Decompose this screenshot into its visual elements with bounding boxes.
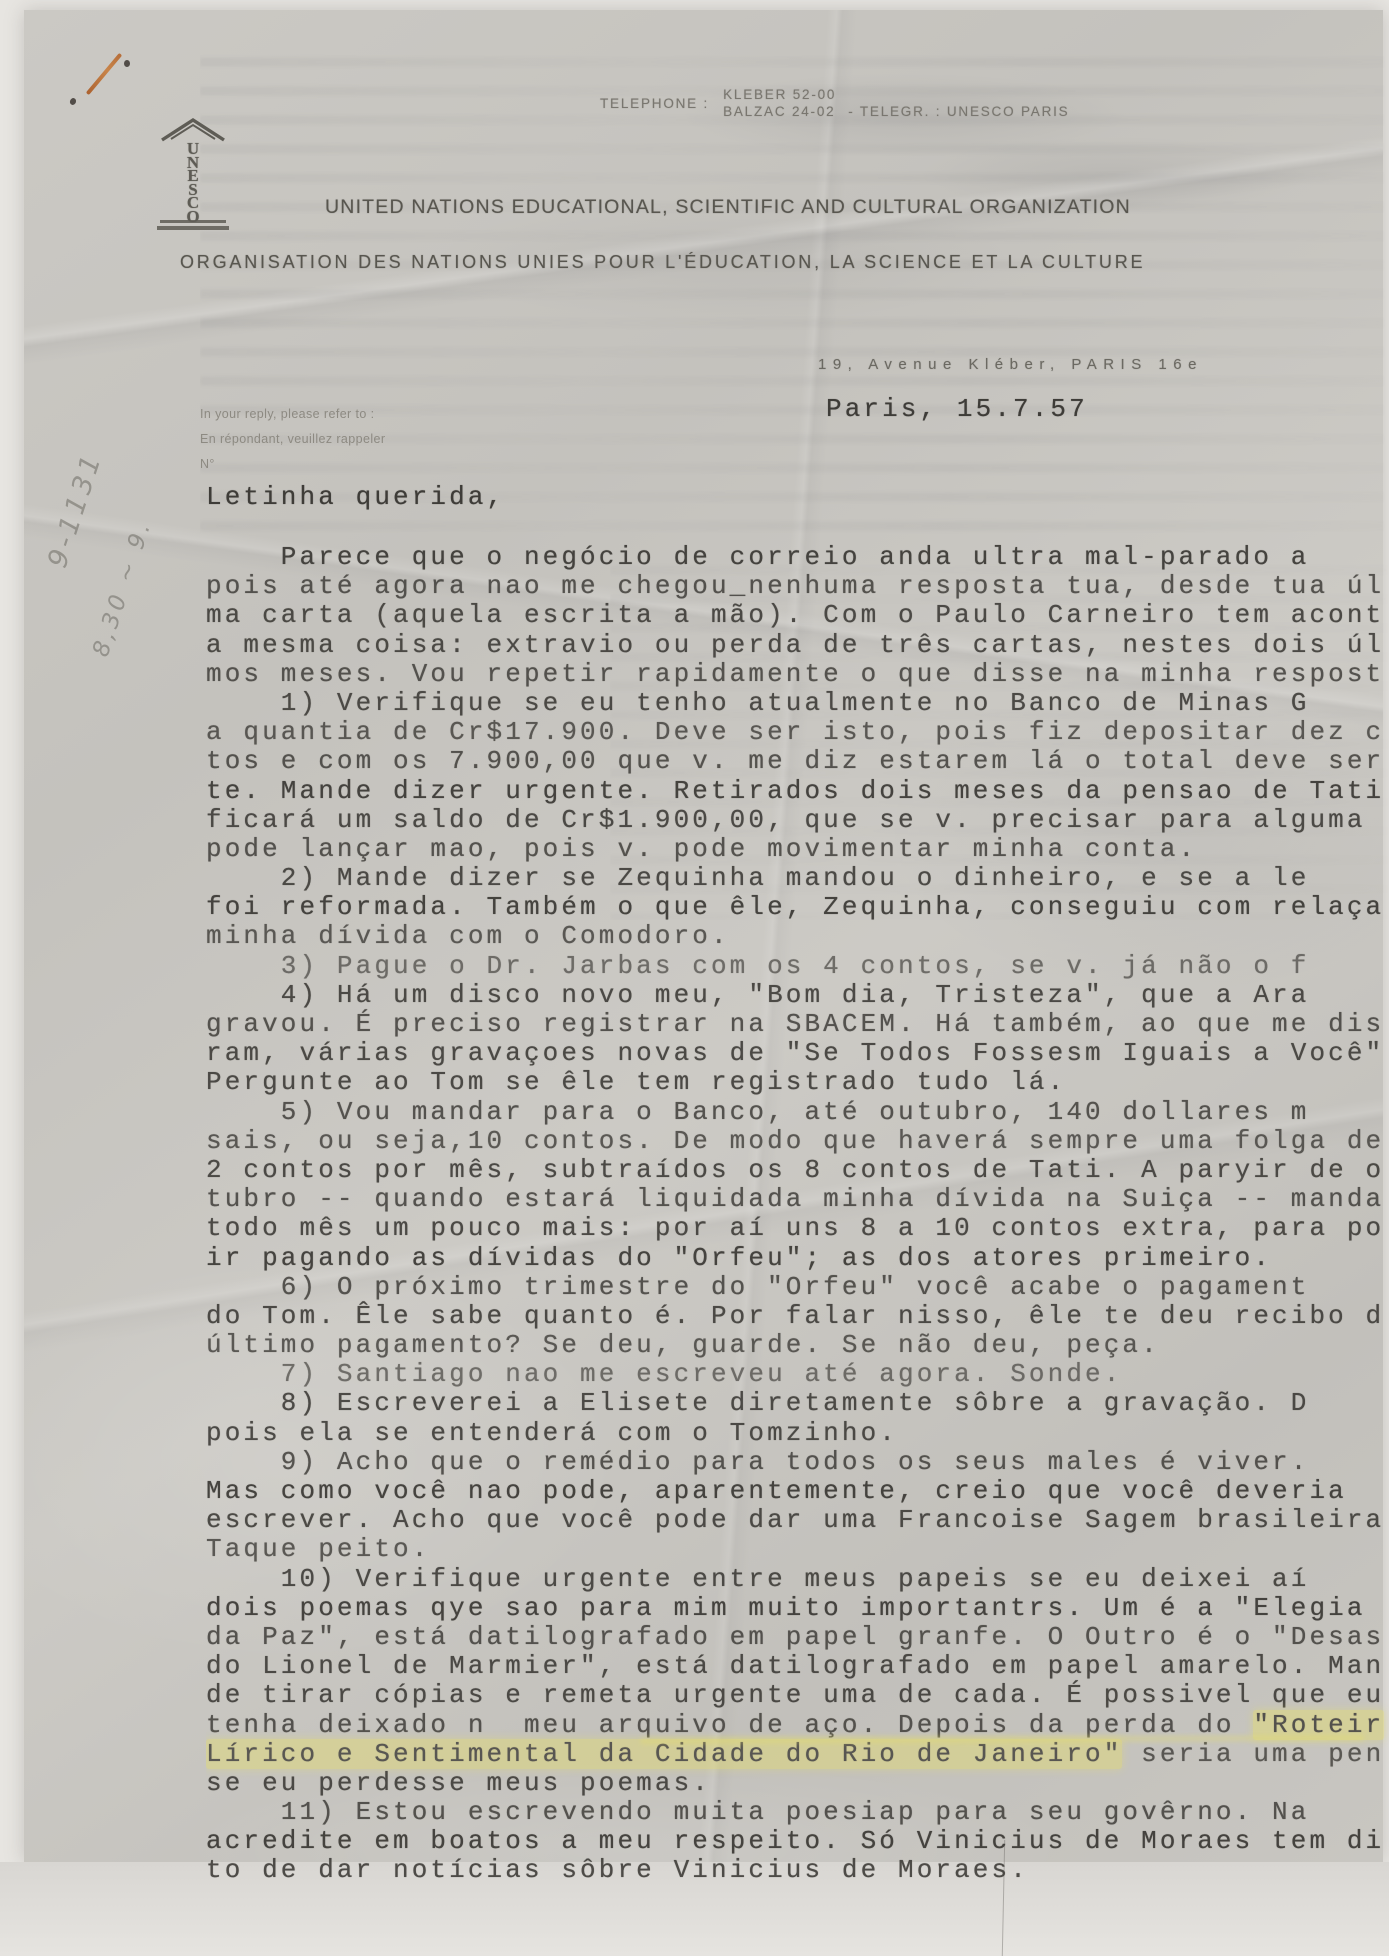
typed-text: 7) Santiago nao me escreveu até agora. S… xyxy=(206,1359,1122,1389)
reply-note-en: In your reply, please refer to : xyxy=(200,402,385,427)
letter-line: Pergunte ao Tom se êle tem registrado tu… xyxy=(206,1068,1389,1097)
typed-text: pois até agora nao me chegou_nenhuma res… xyxy=(206,571,1384,601)
typed-text: a quantia de Cr$17.900. Deve ser isto, p… xyxy=(206,717,1384,747)
letter-line: Mas como você nao pode, aparentemente, c… xyxy=(206,1477,1389,1506)
letter-line: foi reformada. Também o que êle, Zequinh… xyxy=(206,893,1389,922)
typed-text: 8) Escreverei a Elisete diretamente sôbr… xyxy=(206,1388,1309,1418)
reply-number-label: N° xyxy=(200,452,385,477)
typed-text: Parece que o negócio de correio anda ult… xyxy=(206,543,1309,572)
salutation: Letinha querida, xyxy=(206,482,505,512)
typed-text: 4) Há um disco novo meu, "Bom dia, Trist… xyxy=(206,980,1309,1010)
letter-line: ma carta (aquela escrita a mão). Com o P… xyxy=(206,601,1389,630)
typed-text: 10) Verifique urgente entre meus papeis … xyxy=(206,1564,1309,1594)
letter-line: 5) Vou mandar para o Banco, até outubro,… xyxy=(206,1098,1389,1127)
unesco-logo: UNESCO xyxy=(160,116,226,232)
letter-line: tubro -- quando estará liquidada minha d… xyxy=(206,1185,1389,1214)
typed-text: foi reformada. Também o que êle, Zequinh… xyxy=(206,892,1384,922)
letter-line: 11) Estou escrevendo muita poesiap para … xyxy=(206,1798,1389,1827)
letter-line: 2) Mande dizer se Zequinha mandou o dinh… xyxy=(206,864,1389,893)
letter-line: pois até agora nao me chegou_nenhuma res… xyxy=(206,572,1389,601)
letter-line: todo mês um pouco mais: por aí uns 8 a 1… xyxy=(206,1214,1389,1243)
letter-line: ir pagando as dívidas do "Orfeu"; as dos… xyxy=(206,1244,1389,1273)
letter-body: Parece que o negócio de correio anda ult… xyxy=(206,543,1389,1886)
typed-text: último pagamento? Se deu, guarde. Se não… xyxy=(206,1330,1160,1360)
typed-text: de tirar cópias e remeta urgente uma de … xyxy=(206,1680,1384,1710)
letter-line: último pagamento? Se deu, guarde. Se não… xyxy=(206,1331,1389,1360)
letter-line: to de dar notícias sôbre Vinicius de Mor… xyxy=(206,1856,1389,1885)
typed-text: ir pagando as dívidas do "Orfeu"; as dos… xyxy=(206,1243,1272,1273)
typed-text: mos meses. Vou repetir rapidamente o que… xyxy=(206,659,1384,689)
typed-text: tubro -- quando estará liquidada minha d… xyxy=(206,1184,1384,1214)
letter-line: tos e com os 7.900,00 que v. me diz esta… xyxy=(206,747,1389,776)
letter-line: 4) Há um disco novo meu, "Bom dia, Trist… xyxy=(206,981,1389,1010)
reply-note: In your reply, please refer to : En répo… xyxy=(200,402,385,477)
typed-text: minha dívida com o Comodoro. xyxy=(206,921,730,951)
letter-line: pode lançar mao, pois v. pode movimentar… xyxy=(206,835,1389,864)
typed-text: 6) O próximo trimestre do "Orfeu" você a… xyxy=(206,1272,1309,1302)
letter-line: mos meses. Vou repetir rapidamente o que… xyxy=(206,660,1389,689)
street-address: 19, Avenue Kléber, PARIS 16e xyxy=(818,356,1203,373)
typed-text: do Tom. Êle sabe quanto é. Por falar nis… xyxy=(206,1301,1384,1331)
typed-text: ram, várias gravaçoes novas de "Se Todos… xyxy=(206,1038,1384,1068)
letter-line: minha dívida com o Comodoro. xyxy=(206,922,1389,951)
letter-line: gravou. É preciso registrar na SBACEM. H… xyxy=(206,1010,1389,1039)
telephone-block: TELEPHONE : KLEBER 52-00 BALZAC 24-02 - … xyxy=(600,86,1069,120)
letter-line: 2 contos por mês, subtraídos os 8 contos… xyxy=(206,1156,1389,1185)
typed-text: acredite em boatos a meu respeito. Só Vi… xyxy=(206,1826,1384,1856)
typed-text: escrever. Acho que você pode dar uma Fra… xyxy=(206,1505,1384,1535)
typed-text: 1) Verifique se eu tenho atualmente no B… xyxy=(206,688,1309,718)
letter-line: 8) Escreverei a Elisete diretamente sôbr… xyxy=(206,1389,1389,1418)
typed-text: Pergunte ao Tom se êle tem registrado tu… xyxy=(206,1067,1066,1097)
typed-text: 2) Mande dizer se Zequinha mandou o dinh… xyxy=(206,863,1309,893)
typed-text: ma carta (aquela escrita a mão). Com o P… xyxy=(206,600,1384,630)
letter-line: 7) Santiago nao me escreveu até agora. S… xyxy=(206,1360,1389,1389)
typed-text: 2 contos por mês, subtraídos os 8 contos… xyxy=(206,1155,1384,1185)
letter-line: a quantia de Cr$17.900. Deve ser isto, p… xyxy=(206,718,1389,747)
letter-line: ficará um saldo de Cr$1.900,00, que se v… xyxy=(206,806,1389,835)
org-name-fr: ORGANISATION DES NATIONS UNIES POUR L'ÉD… xyxy=(180,252,1145,273)
scanned-letter: UNESCO TELEPHONE : KLEBER 52-00 BALZAC 2… xyxy=(0,0,1389,1956)
reply-note-fr: En répondant, veuillez rappeler xyxy=(200,427,385,452)
telephone-number: BALZAC 24-02 xyxy=(723,103,836,120)
typed-text: ficará um saldo de Cr$1.900,00, que se v… xyxy=(206,805,1366,835)
letter-line: do Lionel de Marmier", está datilografad… xyxy=(206,1652,1389,1681)
letter-line: de tirar cópias e remeta urgente uma de … xyxy=(206,1681,1389,1710)
letter-line: 6) O próximo trimestre do "Orfeu" você a… xyxy=(206,1273,1389,1302)
typed-text: tos e com os 7.900,00 que v. me diz esta… xyxy=(206,746,1384,776)
letter-line: escrever. Acho que você pode dar uma Fra… xyxy=(206,1506,1389,1535)
typed-text: sais, ou seja,10 contos. De modo que hav… xyxy=(206,1126,1384,1156)
typed-text: to de dar notícias sôbre Vinicius de Mor… xyxy=(206,1855,1029,1885)
letter-line: se eu perdesse meus poemas. xyxy=(206,1769,1389,1798)
temple-base-icon xyxy=(157,226,229,230)
telephone-number: KLEBER 52-00 xyxy=(723,86,836,103)
letter-line: a mesma coisa: extravio ou perda de três… xyxy=(206,631,1389,660)
typed-text: 9) Acho que o remédio para todos os seus… xyxy=(206,1447,1309,1477)
typed-text: pois ela se entenderá com o Tomzinho. xyxy=(206,1418,898,1448)
typed-text: todo mês um pouco mais: por aí uns 8 a 1… xyxy=(206,1213,1384,1243)
letter-line: ram, várias gravaçoes novas de "Se Todos… xyxy=(206,1039,1389,1068)
letter-line: 10) Verifique urgente entre meus papeis … xyxy=(206,1565,1389,1594)
letter-line: 9) Acho que o remédio para todos os seus… xyxy=(206,1448,1389,1477)
typed-text: Mas como você nao pode, aparentemente, c… xyxy=(206,1476,1347,1506)
letter-line: Lírico e Sentimental da Cidade do Rio de… xyxy=(206,1740,1389,1769)
letter-line: pois ela se entenderá com o Tomzinho. xyxy=(206,1419,1389,1448)
typed-text: Taque peito. xyxy=(206,1534,430,1564)
typed-text: 3) Pague o Dr. Jarbas com os 4 contos, s… xyxy=(206,951,1309,981)
letter-line: Taque peito. xyxy=(206,1535,1389,1564)
typed-text: seria uma pen xyxy=(1122,1739,1384,1769)
typed-text: da Paz", está datilografado em papel gra… xyxy=(206,1622,1384,1652)
letter-line: te. Mande dizer urgente. Retirados dois … xyxy=(206,777,1389,806)
typed-text: 11) Estou escrevendo muita poesiap para … xyxy=(206,1797,1309,1827)
typed-text: se eu perdesse meus poemas. xyxy=(206,1768,711,1798)
typed-text: 5) Vou mandar para o Banco, até outubro,… xyxy=(206,1097,1309,1127)
letter-line: dois poemas qye sao para mim muito impor… xyxy=(206,1594,1389,1623)
letter-line: 1) Verifique se eu tenho atualmente no B… xyxy=(206,689,1389,718)
letter-line: Parece que o negócio de correio anda ult… xyxy=(206,543,1389,572)
letter-line: 3) Pague o Dr. Jarbas com os 4 contos, s… xyxy=(206,952,1389,981)
telephone-label: TELEPHONE : xyxy=(600,96,709,111)
temple-base-icon xyxy=(160,220,226,223)
letter-line: sais, ou seja,10 contos. De modo que hav… xyxy=(206,1127,1389,1156)
letter-date: Paris, 15.7.57 xyxy=(826,394,1088,424)
typed-text: dois poemas qye sao para mim muito impor… xyxy=(206,1593,1366,1623)
letter-line: da Paz", está datilografado em papel gra… xyxy=(206,1623,1389,1652)
telegram-address: - TELEGR. : UNESCO PARIS xyxy=(848,103,1069,120)
ink-speck xyxy=(124,60,130,67)
typed-text: gravou. É preciso registrar na SBACEM. H… xyxy=(206,1009,1384,1039)
typed-text: a mesma coisa: extravio ou perda de três… xyxy=(206,630,1384,660)
letter-line: do Tom. Êle sabe quanto é. Por falar nis… xyxy=(206,1302,1389,1331)
typed-text: te. Mande dizer urgente. Retirados dois … xyxy=(206,776,1384,806)
letter-line: acredite em boatos a meu respeito. Só Vi… xyxy=(206,1827,1389,1856)
typed-text: pode lançar mao, pois v. pode movimentar… xyxy=(206,834,1197,864)
typed-text: do Lionel de Marmier", está datilografad… xyxy=(206,1651,1384,1681)
org-name-en: UNITED NATIONS EDUCATIONAL, SCIENTIFIC A… xyxy=(325,196,1131,219)
logo-letters: UNESCO xyxy=(160,142,226,223)
